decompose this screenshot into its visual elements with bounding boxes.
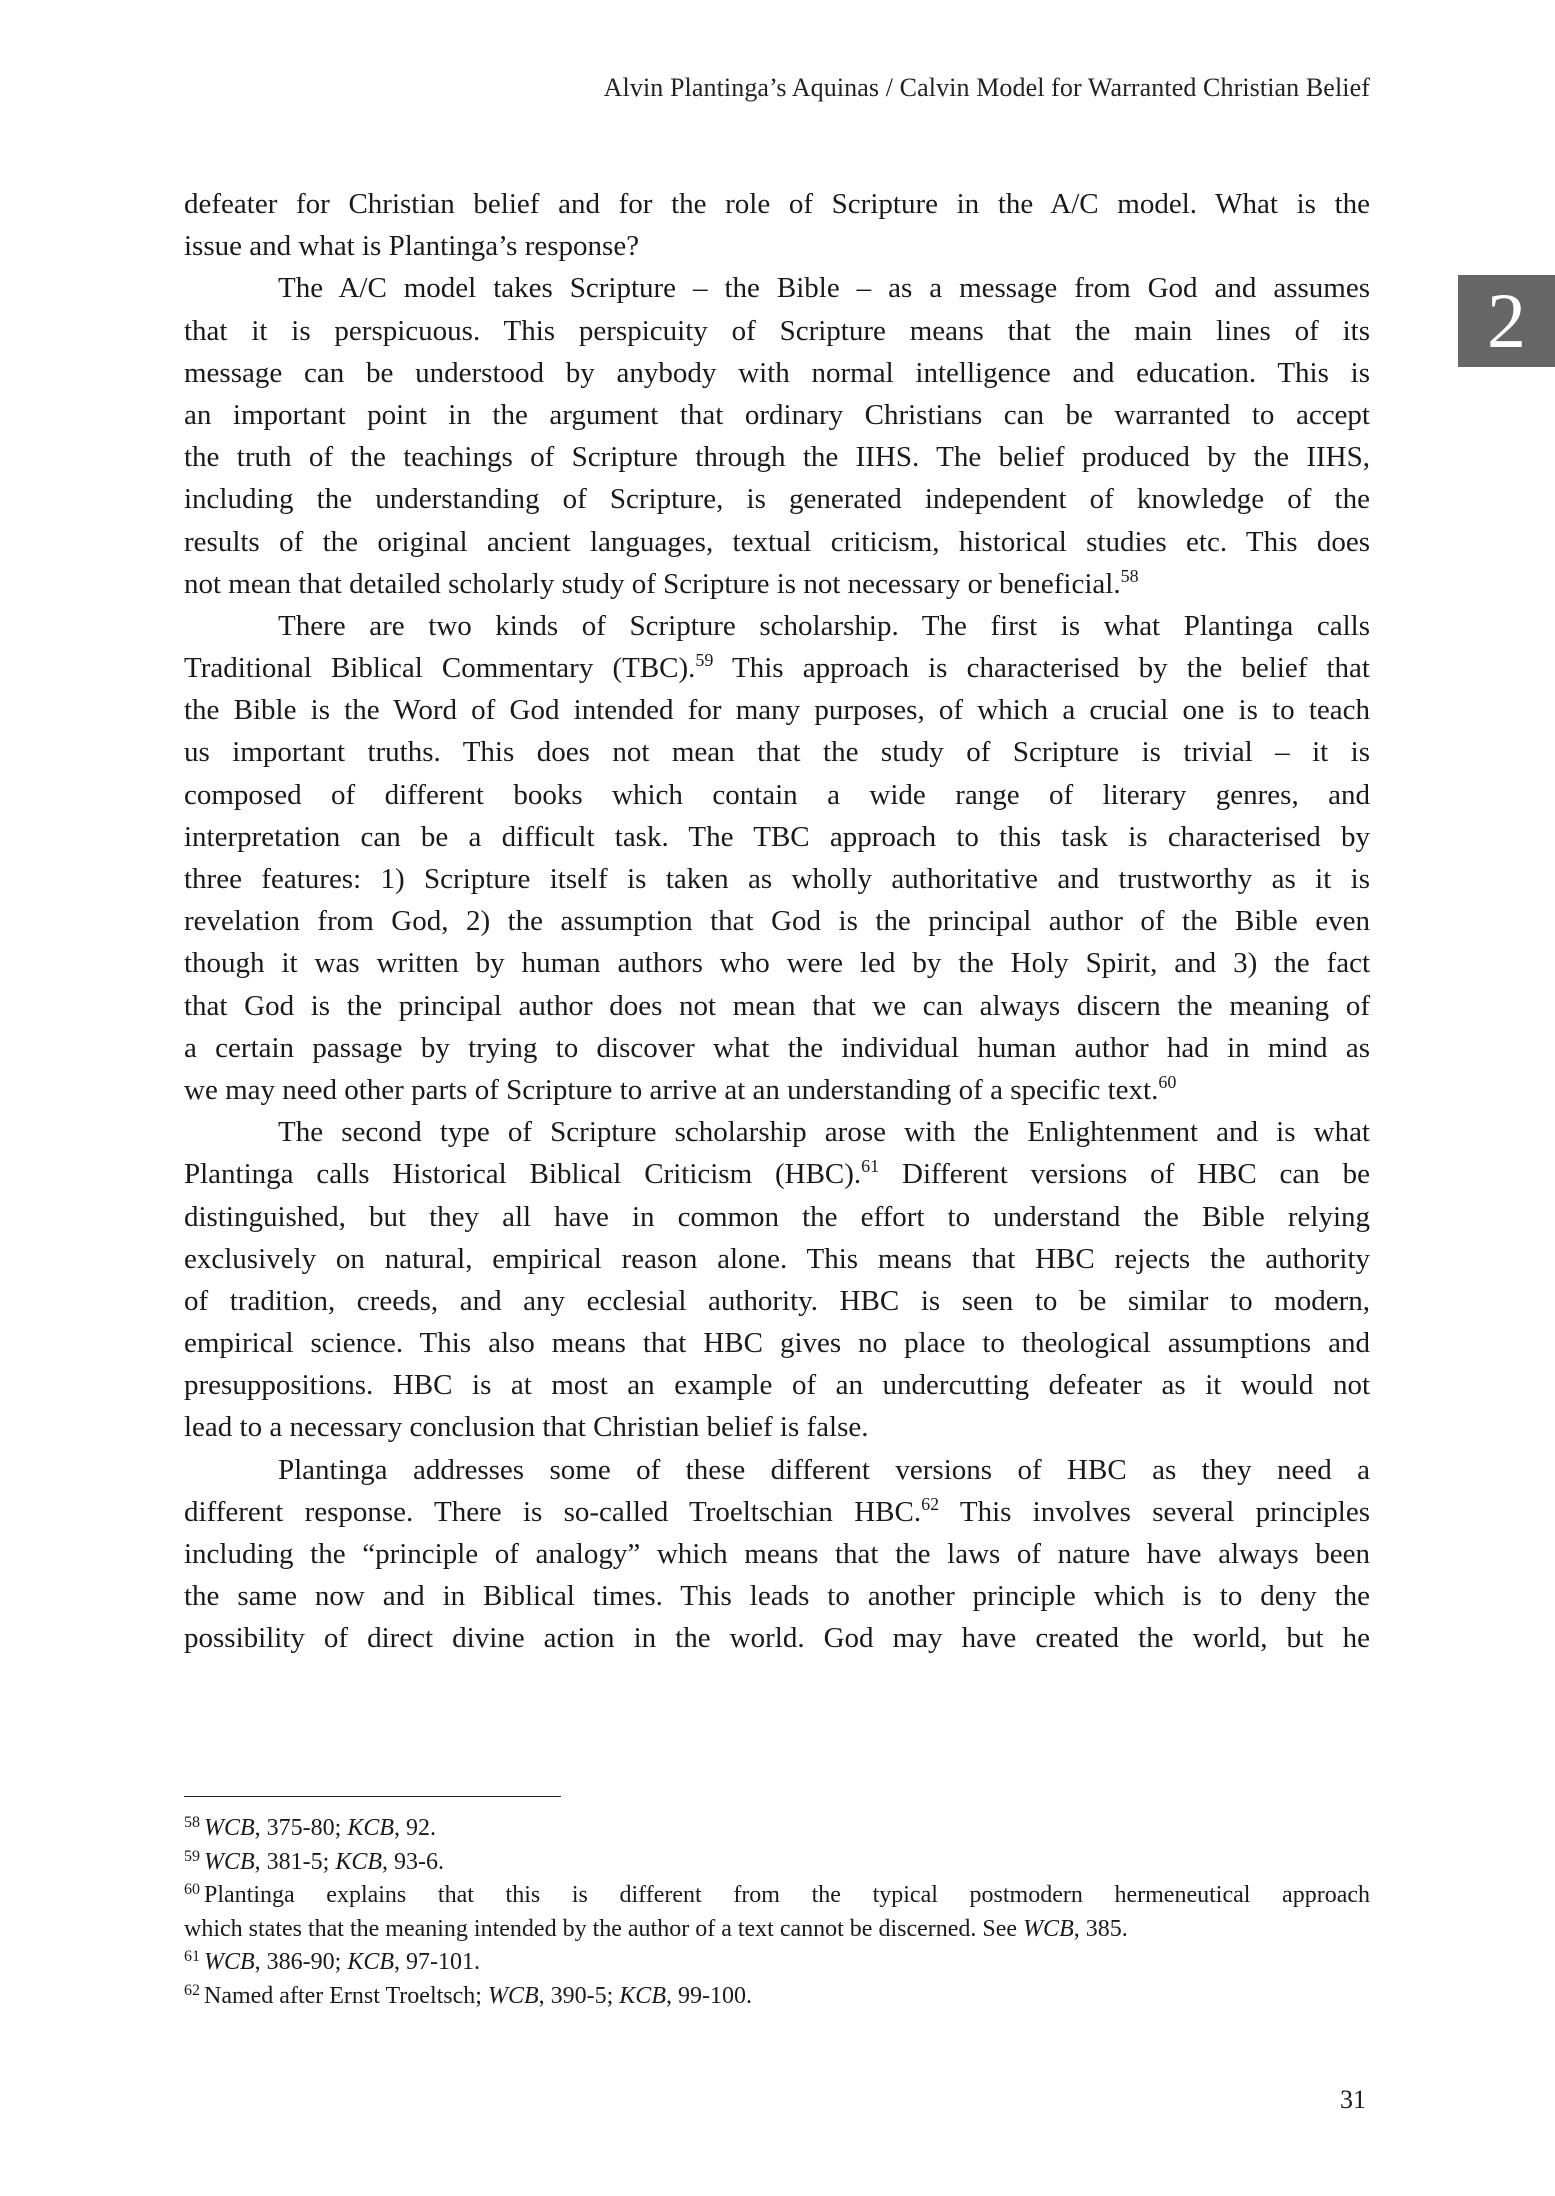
footnote-59: 59WCB, 381-5; KCB, 93-6.	[184, 1846, 1370, 1880]
footnote-ref[interactable]: 61	[861, 1156, 879, 1176]
text-line: we may need other parts of Scripture to …	[184, 1069, 1370, 1111]
footnote-ref[interactable]: 58	[1121, 566, 1139, 586]
footnote-text: which states that the meaning intended b…	[184, 1916, 1023, 1942]
line-text: Different versions of HBC can be	[879, 1158, 1370, 1190]
text-line: interpretation can be a difficult task. …	[184, 816, 1370, 858]
text-line: message can be understood by anybody wit…	[184, 352, 1370, 394]
text-line: including the understanding of Scripture…	[184, 478, 1370, 520]
text-line: the Bible is the Word of God intended fo…	[184, 689, 1370, 731]
footnote-number: 61	[184, 1948, 200, 1965]
citation-title: KCB	[347, 1815, 394, 1841]
footnote-60: 60Plantinga explains that this is differ…	[184, 1879, 1370, 1913]
text-line: exclusively on natural, empirical reason…	[184, 1238, 1370, 1280]
line-text: This involves several principles	[939, 1496, 1370, 1528]
footnote-number: 62	[184, 1982, 200, 1999]
text-line: Plantinga addresses some of these differ…	[184, 1449, 1370, 1491]
text-line: results of the original ancient language…	[184, 521, 1370, 563]
citation-text: , 97-101.	[394, 1949, 480, 1975]
citation-text: , 381-5;	[255, 1849, 336, 1875]
citation-text: , 99-100.	[666, 1983, 752, 2009]
paragraph: Plantinga addresses some of these differ…	[184, 1449, 1370, 1660]
text-line: the truth of the teachings of Scripture …	[184, 436, 1370, 478]
footnote-number: 60	[184, 1881, 200, 1898]
citation-text: , 375-80;	[255, 1815, 348, 1841]
paragraph: There are two kinds of Scripture scholar…	[184, 605, 1370, 1111]
text-line: the same now and in Biblical times. This…	[184, 1575, 1370, 1617]
text-line: There are two kinds of Scripture scholar…	[184, 605, 1370, 647]
footnote-ref[interactable]: 62	[921, 1494, 939, 1514]
citation-title: WCB	[488, 1983, 539, 2009]
text-line: revelation from God, 2) the assumption t…	[184, 900, 1370, 942]
citation-title: KCB	[335, 1849, 382, 1875]
footnote-ref[interactable]: 60	[1158, 1072, 1176, 1092]
citation-text: , 92.	[394, 1815, 436, 1841]
text-line: three features: 1) Scripture itself is t…	[184, 858, 1370, 900]
text-line: lead to a necessary conclusion that Chri…	[184, 1406, 1370, 1448]
line-text: different response. There is so-called T…	[184, 1496, 921, 1528]
page-number: 31	[1340, 2085, 1366, 2115]
text-line: issue and what is Plantinga’s response?	[184, 225, 1370, 267]
text-line: us important truths. This does not mean …	[184, 731, 1370, 773]
line-text: not mean that detailed scholarly study o…	[184, 568, 1121, 600]
text-line: including the “principle of analogy” whi…	[184, 1533, 1370, 1575]
text-line: that it is perspicuous. This perspicuity…	[184, 310, 1370, 352]
text-line: a certain passage by trying to discover …	[184, 1027, 1370, 1069]
footnote-number: 59	[184, 1848, 200, 1865]
citation-title: WCB	[204, 1949, 255, 1975]
running-head: Alvin Plantinga’s Aquinas / Calvin Model…	[604, 68, 1370, 108]
body-text: defeater for Christian belief and for th…	[184, 183, 1370, 1660]
footnote-number: 58	[184, 1814, 200, 1831]
paragraph: The second type of Scripture scholarship…	[184, 1111, 1370, 1449]
chapter-tab: 2	[1458, 275, 1555, 367]
citation-text: , 390-5;	[539, 1983, 620, 2009]
footnote-58: 58WCB, 375-80; KCB, 92.	[184, 1812, 1370, 1846]
text-line: possibility of direct divine action in t…	[184, 1617, 1370, 1659]
line-text: we may need other parts of Scripture to …	[184, 1074, 1158, 1106]
line-text: Plantinga calls Historical Biblical Crit…	[184, 1158, 861, 1190]
citation-title: WCB	[1023, 1916, 1074, 1942]
paragraph: The A/C model takes Scripture – the Bibl…	[184, 267, 1370, 605]
text-line: The A/C model takes Scripture – the Bibl…	[184, 267, 1370, 309]
citation-text: , 385.	[1074, 1916, 1128, 1942]
line-text: Traditional Biblical Commentary (TBC).	[184, 652, 695, 684]
citation-title: WCB	[204, 1849, 255, 1875]
footnote-61: 61WCB, 386-90; KCB, 97-101.	[184, 1946, 1370, 1980]
citation-text: Named after Ernst Troeltsch;	[204, 1983, 488, 2009]
text-line: that God is the principal author does no…	[184, 985, 1370, 1027]
citation-title: WCB	[204, 1815, 255, 1841]
text-line: different response. There is so-called T…	[184, 1491, 1370, 1533]
text-line: of tradition, creeds, and any ecclesial …	[184, 1280, 1370, 1322]
citation-title: KCB	[619, 1983, 666, 2009]
text-line: though it was written by human authors w…	[184, 942, 1370, 984]
footnote-text: Plantinga explains that this is differen…	[204, 1882, 1370, 1908]
text-line: not mean that detailed scholarly study o…	[184, 563, 1370, 605]
footnote-separator	[184, 1796, 561, 1797]
text-line: an important point in the argument that …	[184, 394, 1370, 436]
text-line: empirical science. This also means that …	[184, 1322, 1370, 1364]
text-line: presuppositions. HBC is at most an examp…	[184, 1364, 1370, 1406]
chapter-number: 2	[1487, 282, 1526, 360]
text-line: composed of different books which contai…	[184, 774, 1370, 816]
citation-text: , 93-6.	[382, 1849, 444, 1875]
text-line: distinguished, but they all have in comm…	[184, 1196, 1370, 1238]
text-line: defeater for Christian belief and for th…	[184, 183, 1370, 225]
citation-text: , 386-90;	[255, 1949, 348, 1975]
text-line: The second type of Scripture scholarship…	[184, 1111, 1370, 1153]
citation-title: KCB	[347, 1949, 394, 1975]
text-line: Plantinga calls Historical Biblical Crit…	[184, 1153, 1370, 1195]
paragraph: defeater for Christian belief and for th…	[184, 183, 1370, 267]
footnote-ref[interactable]: 59	[695, 650, 713, 670]
footnote-60-continued: which states that the meaning intended b…	[184, 1913, 1370, 1947]
footnotes: 58WCB, 375-80; KCB, 92. 59WCB, 381-5; KC…	[184, 1812, 1370, 2013]
text-line: Traditional Biblical Commentary (TBC).59…	[184, 647, 1370, 689]
footnote-62: 62Named after Ernst Troeltsch; WCB, 390-…	[184, 1980, 1370, 2014]
line-text: This approach is characterised by the be…	[713, 652, 1370, 684]
